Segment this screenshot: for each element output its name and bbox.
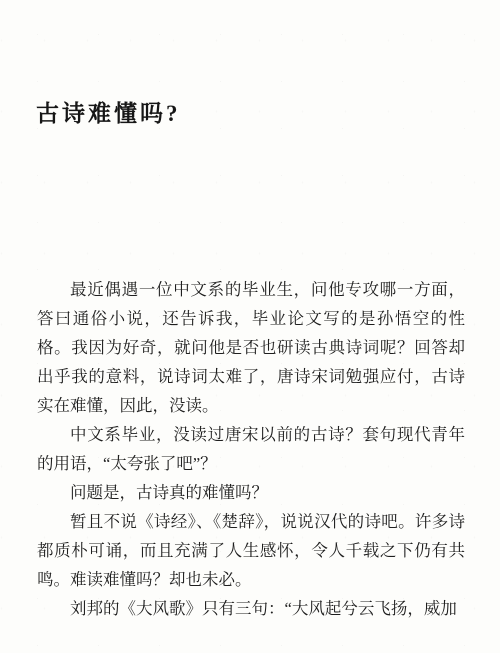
page-title: 古诗难懂吗? — [36, 99, 181, 129]
paragraph-2: 中文系毕业，没读过唐宋以前的古诗？套句现代青年的用语，“太夸张了吧”？ — [37, 420, 465, 478]
paragraph-4: 暂且不说《诗经》、《楚辞》，说说汉代的诗吧。许多诗都质朴可诵，而且充满了人生感怀… — [37, 507, 465, 594]
paragraph-1: 最近偶遇一位中文系的毕业生，问他专攻哪一方面，答曰通俗小说，还告诉我，毕业论文写… — [37, 275, 465, 420]
paragraph-5: 刘邦的《大风歌》只有三句：“大风起兮云飞扬，威加 — [37, 594, 465, 623]
body-text: 最近偶遇一位中文系的毕业生，问他专攻哪一方面，答曰通俗小说，还告诉我，毕业论文写… — [37, 275, 465, 623]
book-page: 古诗难懂吗? 最近偶遇一位中文系的毕业生，问他专攻哪一方面，答曰通俗小说，还告诉… — [0, 0, 500, 653]
paragraph-3: 问题是，古诗真的难懂吗？ — [37, 478, 465, 507]
